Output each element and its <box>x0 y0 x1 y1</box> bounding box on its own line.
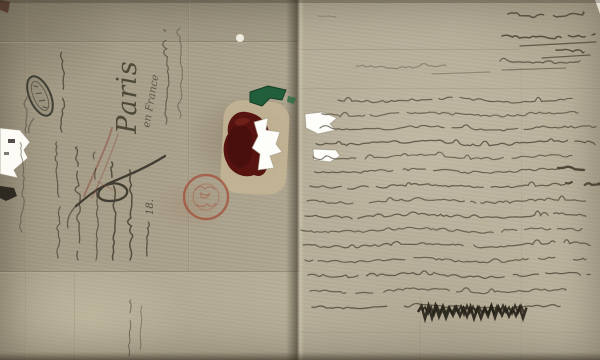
handwriting-stroke <box>128 170 133 260</box>
handwriting-stroke <box>508 12 584 17</box>
handwriting-stroke <box>313 152 572 159</box>
handwriting-stroke <box>338 97 572 103</box>
handwriting-stroke <box>163 30 169 124</box>
handwriting-stroke <box>356 64 446 69</box>
handwriting-stroke <box>307 196 590 204</box>
handwriting-stroke <box>316 139 595 146</box>
scribbled-out-word <box>418 305 527 318</box>
handwriting-stroke <box>308 271 590 278</box>
handwriting-stroke <box>310 182 565 189</box>
house-number-text: 18. <box>144 192 156 222</box>
handwriting-stroke <box>61 52 65 132</box>
handwriting-stroke <box>305 257 586 263</box>
handwriting-stroke <box>305 211 586 219</box>
tear-debris <box>4 152 9 155</box>
corner-nick-top-right <box>595 0 600 14</box>
letter-photograph: Paris en France 18. <box>0 0 600 360</box>
handwriting-stroke <box>93 152 98 260</box>
handwriting-stroke <box>556 49 584 52</box>
handwriting-stroke <box>320 125 596 131</box>
handwriting-stroke <box>322 112 578 117</box>
round-postmark <box>184 175 228 219</box>
tear-debris <box>8 139 15 143</box>
handwriting-stroke <box>315 168 560 173</box>
handwriting-stroke <box>558 167 584 170</box>
handwriting-stroke <box>177 28 182 118</box>
wax-seal-shading <box>227 124 253 168</box>
dateline-underlines <box>432 42 596 74</box>
ink-blot-left-edge <box>0 186 17 201</box>
white-speck <box>236 34 244 42</box>
corner-stain <box>0 0 10 13</box>
handwriting-stroke <box>128 300 131 356</box>
tear-hole-right-upper <box>305 112 337 134</box>
handwriting-stroke <box>147 222 150 256</box>
ink-flourish-tail <box>67 206 76 228</box>
handwriting-stroke <box>24 97 27 133</box>
oval-postmark-smudge <box>29 118 34 133</box>
handwriting-stroke <box>303 240 590 248</box>
handwriting-stroke <box>140 306 142 350</box>
ink-layer <box>0 0 600 360</box>
handwriting-stroke <box>502 34 595 39</box>
handwriting-stroke <box>301 227 582 233</box>
handwriting-stroke <box>55 142 60 258</box>
green-fragment-speck <box>287 96 296 104</box>
handwriting-stroke <box>500 58 580 63</box>
handwriting-stroke <box>111 162 116 260</box>
handwriting-stroke <box>318 16 336 18</box>
handwriting-stroke <box>310 288 566 294</box>
handwriting-stroke <box>566 182 600 185</box>
